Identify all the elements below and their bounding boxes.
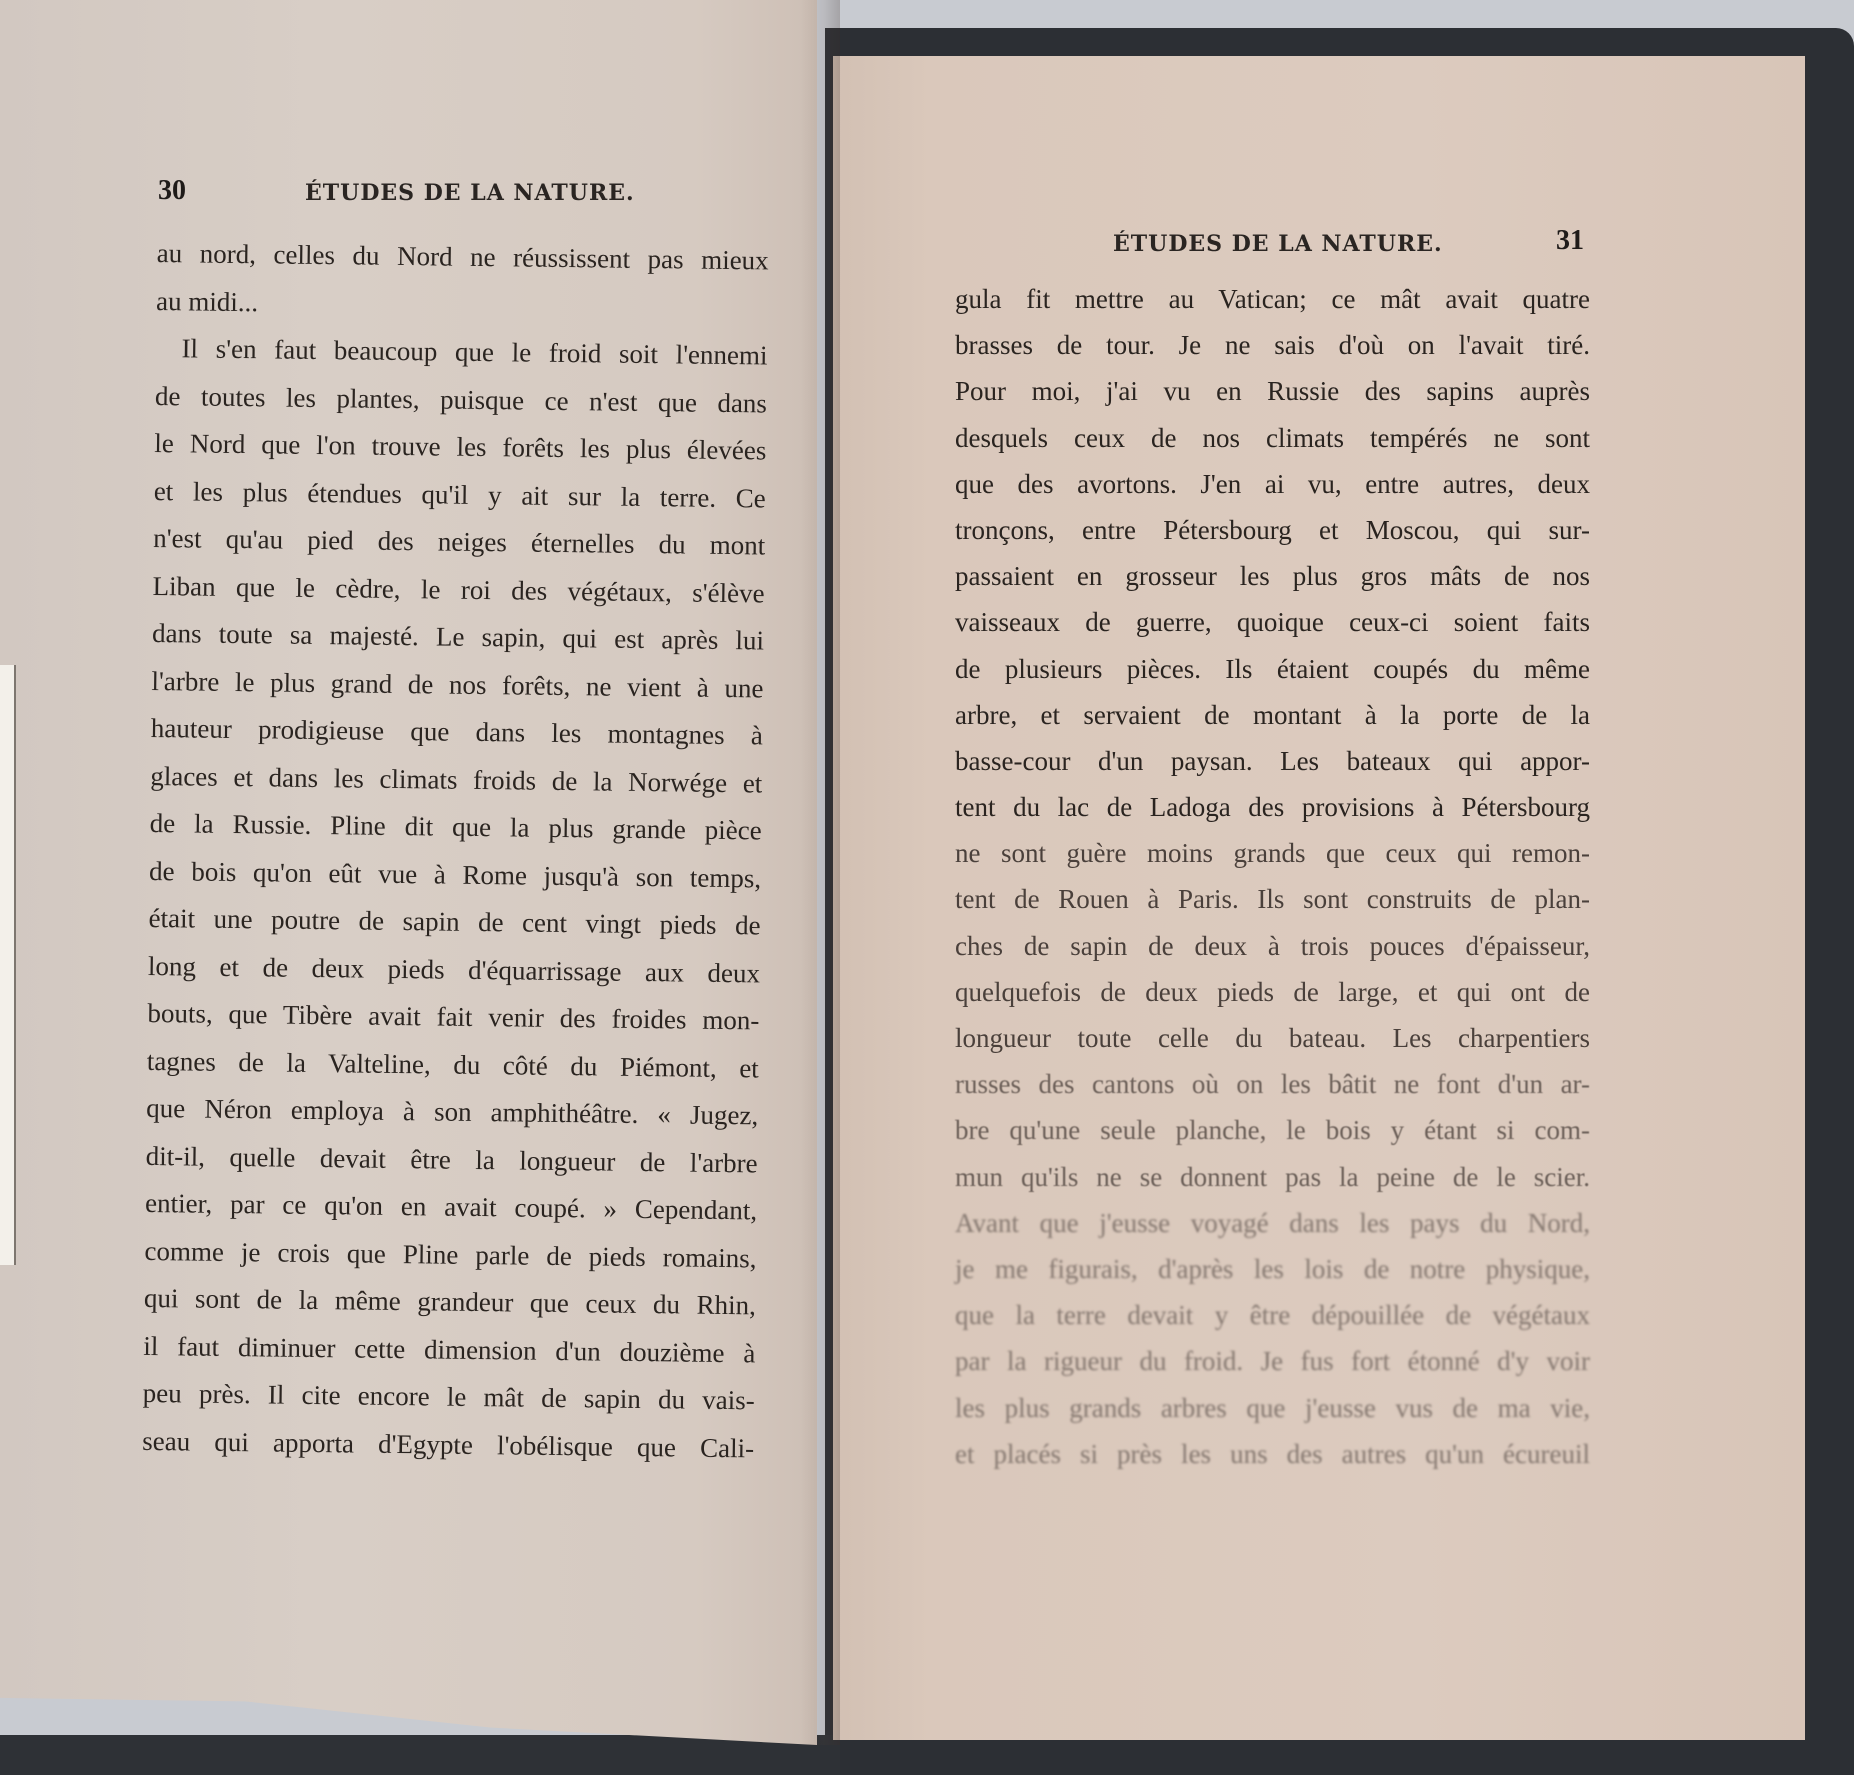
text-line: mun qu'ils ne se donnent pas la peine de… [955, 1154, 1590, 1200]
text-line: tent du lac de Ladoga des provisions à P… [955, 784, 1590, 830]
text-line: glaces et dans les climats froids de la … [150, 752, 763, 807]
text-line: de toutes les plantes, puisque ce n'est … [155, 372, 768, 427]
text-line: tent de Rouen à Paris. Ils sont construi… [955, 876, 1590, 922]
text-line: qui sont de la même grandeur que ceux du… [144, 1275, 757, 1330]
text-line: tronçons, entre Pétersbourg et Moscou, q… [955, 507, 1590, 553]
text-line: bre qu'une seule planche, le bois y étan… [955, 1107, 1590, 1153]
right-running-head: ÉTUDES DE LA NATURE. [1113, 231, 1443, 257]
text-line: basse-cour d'un paysan. Les bateaux qui … [955, 738, 1590, 784]
book-gutter [800, 0, 840, 1745]
text-line: l'arbre le plus grand de nos forêts, ne … [151, 657, 764, 712]
left-page-number: 30 [158, 175, 186, 207]
text-line: n'est qu'au pied des neiges éternelles d… [153, 515, 766, 570]
text-line: était une poutre de sapin de cent vingt … [148, 895, 761, 950]
text-line: par la rigueur du froid. Je fus fort éto… [955, 1338, 1590, 1384]
text-line: au nord, celles du Nord ne réussissent p… [156, 230, 769, 285]
text-line: les plus grands arbres que j'eusse vus d… [955, 1385, 1590, 1431]
book-cover-bottom [0, 1735, 840, 1775]
text-line: de bois qu'on eût vue à Rome jusqu'à son… [149, 847, 762, 902]
text-line: Pour moi, j'ai vu en Russie des sapins a… [955, 368, 1590, 414]
paper-slip-bookmark [0, 665, 16, 1265]
text-line: je me figurais, d'après les lois de notr… [955, 1246, 1590, 1292]
text-line: et les plus étendues qu'il y ait sur la … [154, 467, 767, 522]
text-line: ches de sapin de deux à trois pouces d'é… [955, 923, 1590, 969]
text-line: il faut diminuer cette dimension d'un do… [143, 1322, 756, 1377]
text-line: arbre, et servaient de montant à la port… [955, 692, 1590, 738]
text-line: tagnes de la Valteline, du côté du Piémo… [147, 1037, 760, 1092]
text-line: vaisseaux de guerre, quoique ceux-ci soi… [955, 599, 1590, 645]
text-line: Liban que le cèdre, le roi des végétaux,… [152, 562, 765, 617]
text-line: Il s'en faut beaucoup que le froid soit … [155, 325, 768, 380]
text-line: dit-il, quelle devait être la longueur d… [145, 1132, 758, 1187]
text-line: que des avortons. J'en ai vu, entre autr… [955, 461, 1590, 507]
text-line: ne sont guère moins grands que ceux qui … [955, 830, 1590, 876]
text-line: peu près. Il cite encore le mât de sapin… [142, 1370, 755, 1425]
left-page-text: au nord, celles du Nord ne réussissent p… [142, 230, 769, 1472]
text-line: brasses de tour. Je ne sais d'où on l'av… [955, 322, 1590, 368]
text-line: le Nord que l'on trouve les forêts les p… [154, 420, 767, 475]
text-line: hauteur prodigieuse que dans les montagn… [151, 705, 764, 760]
text-line: dans toute sa majesté. Le sapin, qui est… [152, 610, 765, 665]
text-line: long et de deux pieds d'équarrissage aux… [148, 942, 761, 997]
text-line: longueur toute celle du bateau. Les char… [955, 1015, 1590, 1061]
text-line: seau qui apporta d'Egypte l'obélisque qu… [142, 1417, 755, 1472]
text-line: que la terre devait y être dépouillée de… [955, 1292, 1590, 1338]
text-line: au midi... [156, 277, 769, 332]
left-running-head: ÉTUDES DE LA NATURE. [305, 180, 635, 206]
text-line: Avant que j'eusse voyagé dans les pays d… [955, 1200, 1590, 1246]
text-line: bouts, que Tibère avait fait venir des f… [147, 990, 760, 1045]
text-line: de la Russie. Pline dit que la plus gran… [149, 800, 762, 855]
text-line: que Néron employa à son amphithéâtre. « … [146, 1085, 759, 1140]
text-line: quelquefois de deux pieds de large, et q… [955, 969, 1590, 1015]
text-line: gula fit mettre au Vatican; ce mât avait… [955, 276, 1590, 322]
text-line: de plusieurs pièces. Ils étaient coupés … [955, 646, 1590, 692]
text-line: desquels ceux de nos climats tempérés ne… [955, 415, 1590, 461]
text-line: et placés si près les uns des autres qu'… [955, 1431, 1590, 1477]
text-line: russes des cantons où on les bâtit ne fo… [955, 1061, 1590, 1107]
right-page-text: gula fit mettre au Vatican; ce mât avait… [955, 276, 1590, 1477]
text-line: comme je crois que Pline parle de pieds … [144, 1227, 757, 1282]
right-page-number: 31 [1556, 225, 1584, 257]
text-line: passaient en grosseur les plus gros mâts… [955, 553, 1590, 599]
text-line: entier, par ce qu'on en avait coupé. » C… [145, 1180, 758, 1235]
